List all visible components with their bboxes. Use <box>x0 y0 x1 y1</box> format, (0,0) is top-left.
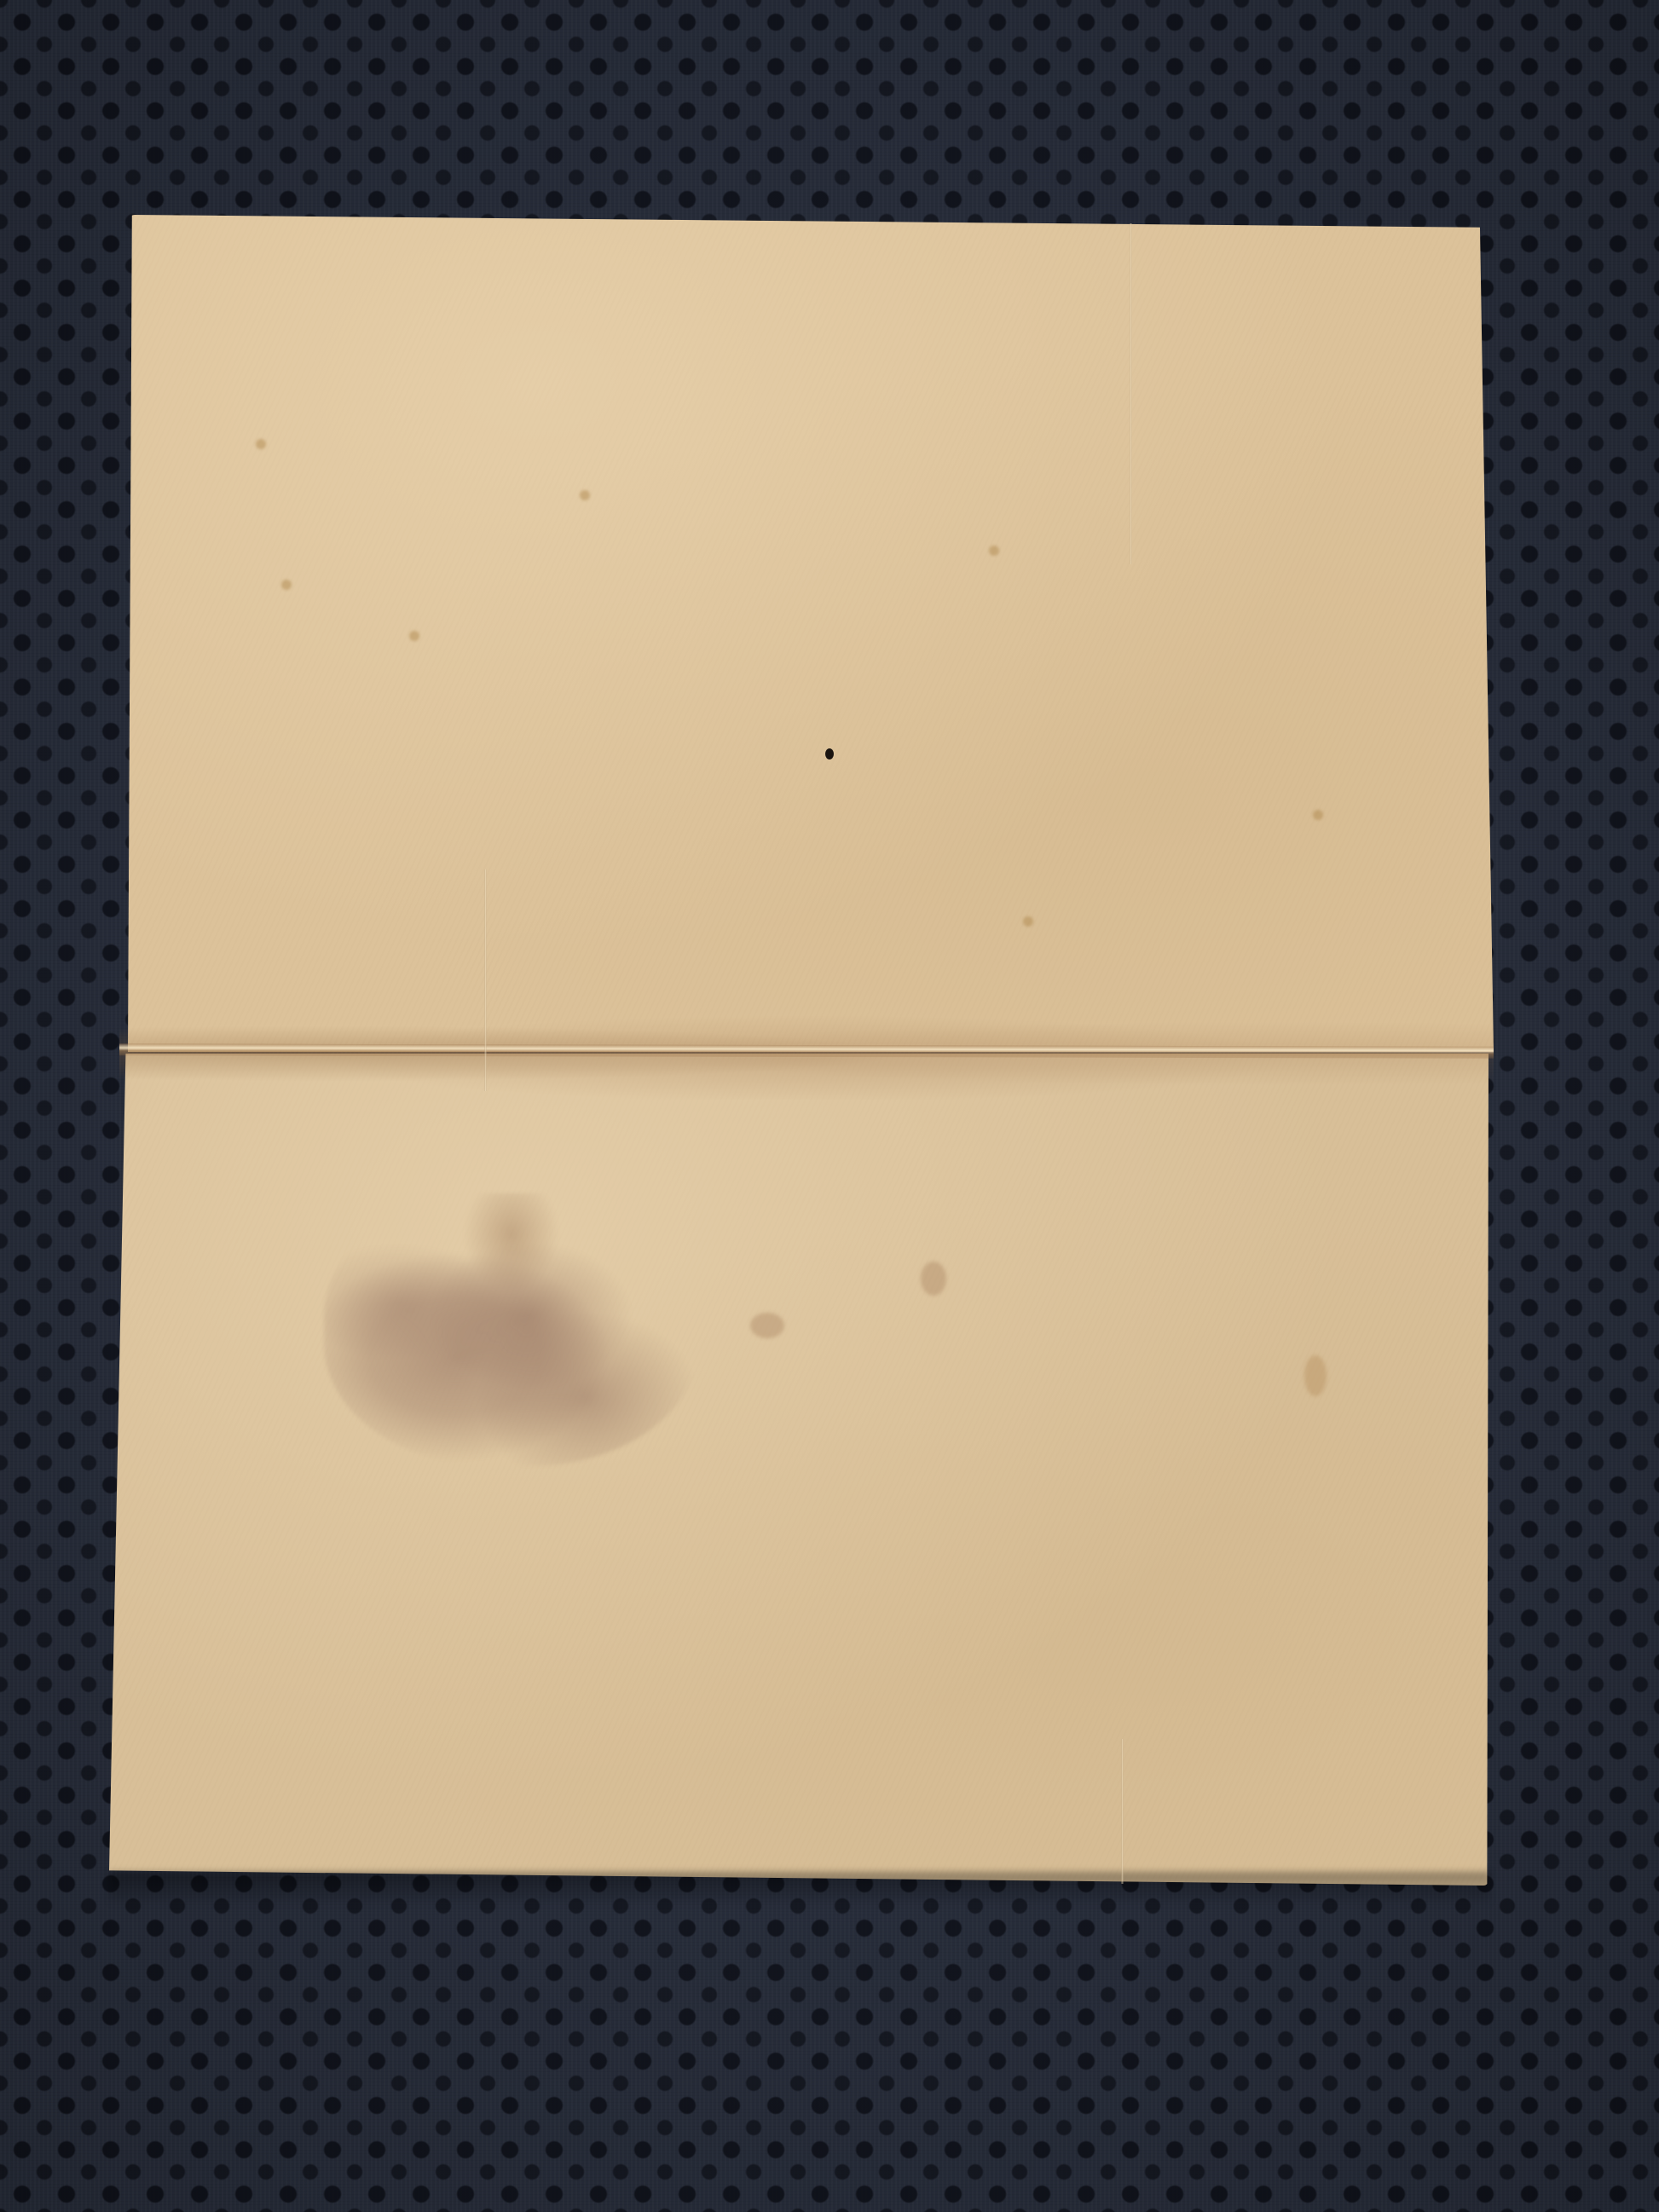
folded-paper-sheet <box>0 0 1659 2212</box>
ink-speck <box>825 748 834 759</box>
foxing-spot <box>1313 810 1323 820</box>
foxing-spot <box>580 490 590 500</box>
paper-top-half <box>128 215 1494 1052</box>
vertical-crease-bottom <box>1121 1739 1124 1884</box>
foxing-spot <box>256 439 266 449</box>
paper-bottom-half <box>109 1054 1488 1886</box>
foxing-spot <box>1023 916 1033 927</box>
vertical-crease-top <box>1130 223 1132 564</box>
stain-spot <box>750 1313 784 1338</box>
foxing-oval-stain <box>1304 1355 1327 1396</box>
foxing-spot <box>989 546 999 556</box>
stain-spot <box>921 1262 946 1296</box>
foxing-spot <box>409 631 419 641</box>
foxing-spot <box>281 580 292 590</box>
vertical-crease-left <box>484 869 487 1091</box>
paper-bottom-edge-shadow <box>109 1872 1490 1906</box>
stain-blot <box>324 1193 699 1466</box>
